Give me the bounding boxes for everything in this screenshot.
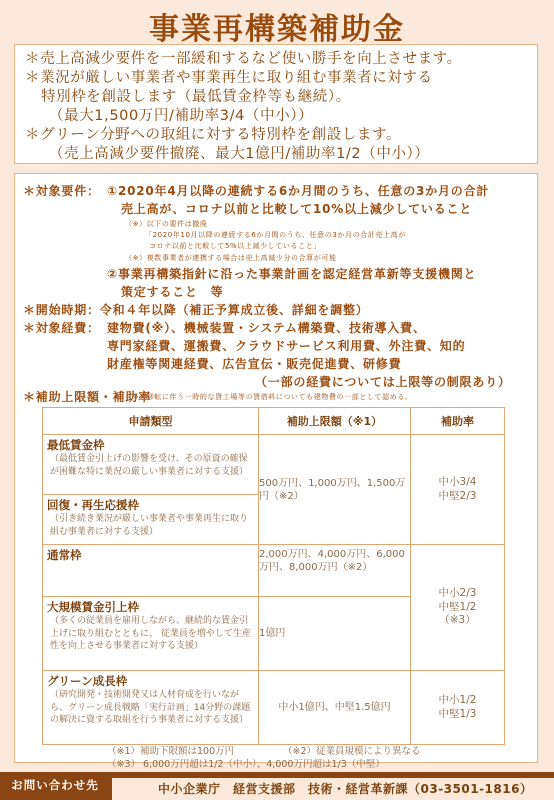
limit-a: 500万円、1,000万円、1,500万円（※2） — [259, 435, 411, 545]
subsidy-table: 申請類型 補助上限額（※1） 補助率 最低賃金枠 （最低賃金引上げの影響を受け、… — [42, 407, 505, 745]
target-line-1: ①2020年4月以降の連続する6か月間のうち、任意の3か月の合計 — [107, 182, 489, 199]
page-title: 事業再構築補助金 — [0, 4, 554, 48]
contact-footer: お問い合わせ先 中小企業庁 経営支援部 技術・経営革新課（03-3501-181… — [0, 772, 554, 800]
cost-line-3: 財産権等関連経費、広告宣伝・販売促進費、研修費 — [107, 355, 401, 372]
target-label: ＊対象要件： — [23, 182, 100, 199]
cost-line-4: （一部の経費については上限等の制限あり） — [255, 373, 511, 390]
highlight-5: ＊グリーン分野への取組に対する特別枠を創設します。 — [25, 126, 537, 145]
details-box: ＊対象要件： ①2020年4月以降の連続する6か月間のうち、任意の3か月の合計 … — [14, 173, 538, 763]
type-minimum-wage: 最低賃金枠 （最低賃金引上げの影響を受け、その原資の確保が困難な特に業況の厳しい… — [43, 435, 259, 495]
highlight-4: （最大1,500万円/補助率3/4（中小）） — [25, 107, 537, 126]
cost-note: （※）移転に伴う一時的な貸工場等の賃借料についても建物費の一部として認める。 — [125, 392, 413, 402]
note-2: （※2）従業員規模により異なる — [283, 743, 421, 757]
contact-label: お問い合わせ先 — [0, 772, 110, 800]
header-limit: 補助上限額（※1） — [259, 408, 411, 435]
target-line-4: 策定すること 等 — [121, 283, 223, 300]
highlight-3: 特別枠を創設します（最低賃金枠等も継続）。 — [25, 88, 537, 107]
highlight-6: （売上高減少要件撤廃、最大1億円/補助率1/2（中小）） — [25, 145, 537, 164]
highlight-1: ＊売上高減少要件を一部緩和するなど使い勝手を向上させます。 — [25, 50, 537, 69]
cost-line-1: 建物費(※）、機械装置・システム構築費、技術導入費、 — [107, 319, 426, 336]
highlights-box: ＊売上高減少要件を一部緩和するなど使い勝手を向上させます。 ＊業況が厳しい事業者… — [14, 44, 538, 164]
start-period: ＊開始時期：令和４年以降（補正予算成立後、詳細を調整） — [23, 301, 369, 318]
target-line-3: ②事業再構築指針に沿った事業計画を認定経営革新等支援機関と — [107, 265, 476, 282]
type-recovery: 回復・再生応援枠 （引き続き業況が厳しい事業者や事業再生に取り組む事業者に対する… — [43, 495, 259, 545]
target-line-2: 売上高が、コロナ以前と比較して10%以上減少していること — [121, 200, 472, 217]
note-3: （※3） 6,000万円超は1/2（中小）、4,000万円超は1/3（中堅） — [107, 756, 385, 770]
rate-c: 中小1/2 中堅1/3 — [411, 671, 505, 745]
limit-b: 2,000万円、4,000万円、6,000万円、8,000万円（※2） — [259, 545, 411, 597]
rate-b: 中小2/3 中堅1/2 （※3） — [411, 545, 505, 671]
highlight-2: ＊業況が厳しい事業者や事業再生に取り組む事業者に対する — [25, 69, 537, 88]
header-type: 申請類型 — [43, 408, 259, 435]
note-old-requirement-1: 「2020年10月以降の連続する6か月間のうち、任意の3か月の合計売上高が — [145, 230, 406, 240]
type-large-wage: 大規模賃金引上枠 （多くの従業員を雇用しながら、継続的な賃金引上げに取り組むとと… — [43, 597, 259, 671]
note-old-requirement-2: コロナ以前と比較して5%以上減少していること」 — [149, 241, 321, 251]
limit-label: ＊補助上限額・補助率 — [23, 388, 151, 405]
limit-c: 1億円 — [259, 597, 411, 671]
cost-line-2: 専門家経費、運搬費、クラウドサービス利用費、外注費、知的 — [107, 337, 465, 354]
type-regular: 通常枠 — [43, 545, 259, 597]
note-abolished: （※）以下の要件は撤廃 — [125, 219, 207, 229]
note-multiple: （※）複数事業者が連携する場合は売上高減少分の合算が可能 — [125, 253, 337, 263]
limit-d: 中小1億円、中堅1.5億円 — [259, 671, 411, 745]
rate-a: 中小3/4 中堅2/3 — [411, 435, 505, 545]
note-1: （※1）補助下限額は100万円 — [107, 743, 234, 757]
contact-info: 中小企業庁 経営支援部 技術・経営革新課（03-3501-1816） — [112, 778, 554, 800]
type-green: グリーン成長枠 （研究開発・技術開発又は人材育成を行いながら、グリーン成長戦略「… — [43, 671, 259, 745]
header-rate: 補助率 — [411, 408, 505, 435]
cost-label: ＊対象経費： — [23, 319, 100, 336]
